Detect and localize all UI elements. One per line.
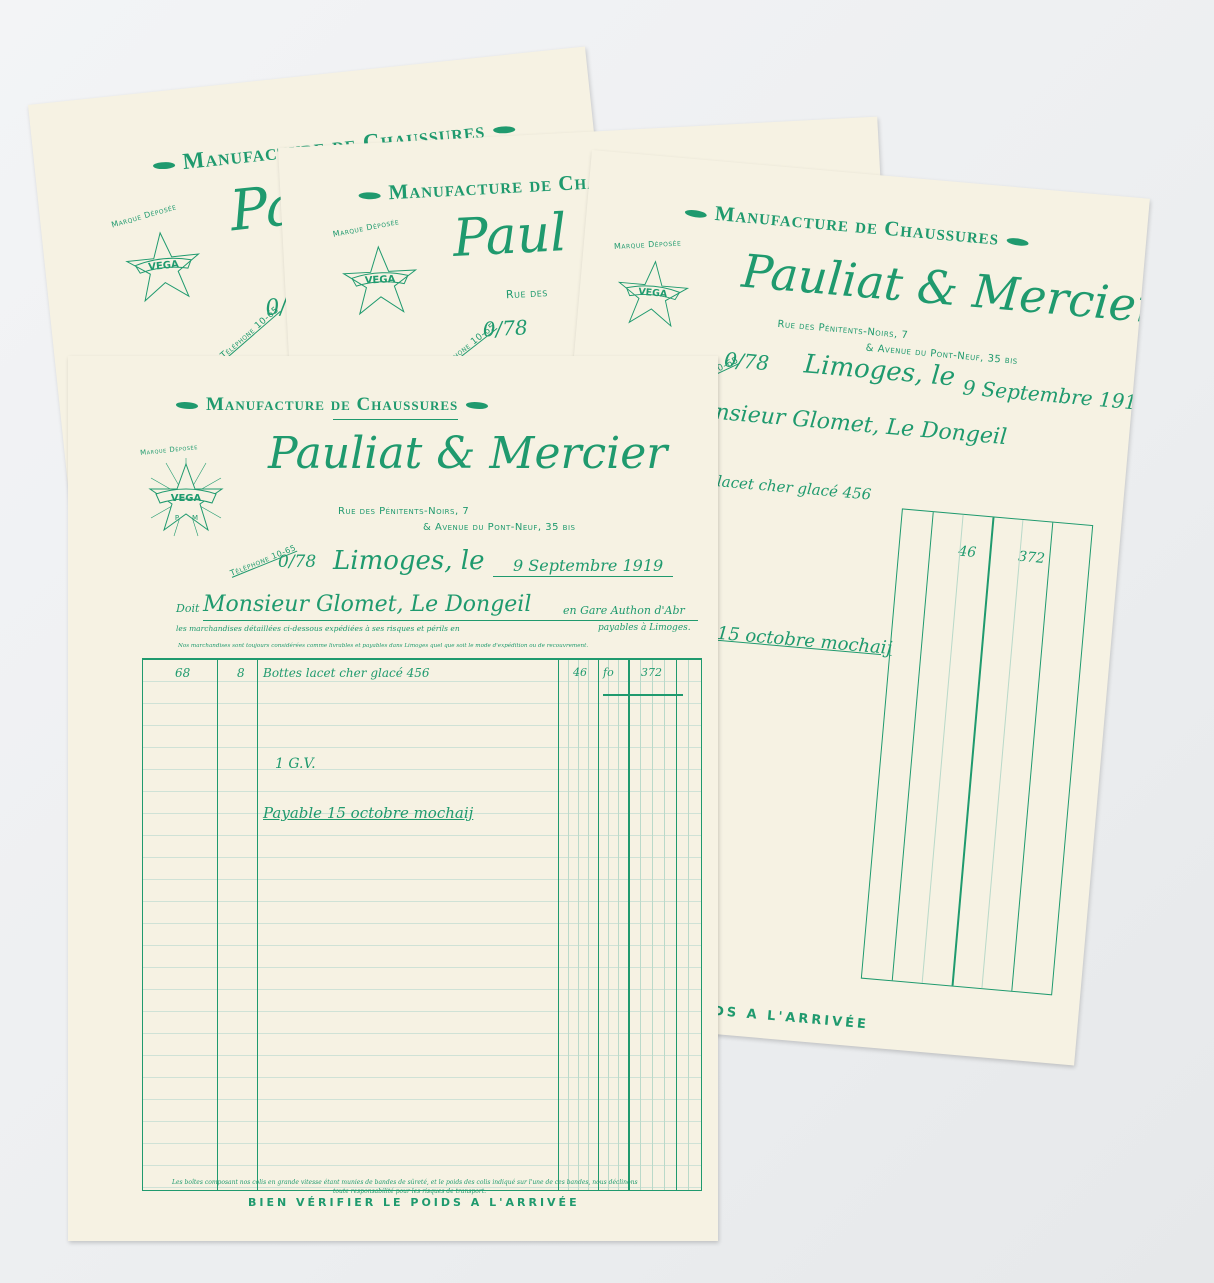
- invoice-date: 9 Septembre 1919: [513, 556, 663, 575]
- invoice-reference: 0/78: [482, 315, 528, 341]
- footer-warning: BIEN VÉRIFIER LE POIDS A L'ARRIVÉE: [248, 1196, 580, 1209]
- trademark-label: Marque Déposée: [614, 238, 682, 251]
- vega-star-logo-icon: VEGA: [612, 253, 694, 335]
- line-item-unit-price: 46: [573, 666, 587, 679]
- leaf-ornament-icon: [358, 191, 380, 199]
- invoice-reference: 0/78: [723, 347, 770, 375]
- terms-payable: payables à Limoges.: [598, 623, 691, 633]
- leaf-ornament-icon: [153, 161, 176, 170]
- address-line-1: Rue des Pénitents-Noirs, 7: [338, 506, 469, 517]
- leaf-ornament-icon: [466, 402, 488, 409]
- customer-underline: [203, 620, 698, 621]
- vega-star-logo-icon: VEGA: [338, 239, 422, 323]
- line-item-description: Bottes lacet cher glacé 456: [263, 666, 430, 680]
- notice-line: Nos marchandises sont toujours considéré…: [178, 643, 588, 649]
- date-underline: [493, 576, 673, 577]
- svg-text:VEGA: VEGA: [638, 286, 668, 300]
- doit-label: Doit: [176, 602, 199, 615]
- footer-note-line-2: toute responsabilité pour les risques de…: [333, 1188, 486, 1195]
- svg-text:M: M: [192, 514, 198, 522]
- invoice-grid: [861, 508, 1093, 995]
- line-item-folio: fo: [603, 666, 614, 679]
- line-item-ref: 68: [175, 666, 190, 680]
- line-item-total: 372: [641, 666, 662, 679]
- leaf-ornament-icon: [1007, 237, 1030, 246]
- trademark-label: Marque Déposée: [332, 217, 400, 239]
- customer-name: Monsieur Glomet, Le Dongeil: [679, 397, 1008, 451]
- leaf-ornament-icon: [493, 125, 516, 134]
- letterhead-title: Manufacture de Chaussures: [676, 198, 1038, 254]
- shipping-annotation: 1 G.V.: [275, 756, 316, 772]
- terms-line: les marchandises détaillées ci-dessous e…: [176, 624, 460, 633]
- city-prefix: Limoges, le: [333, 546, 485, 576]
- vega-star-logo-icon: VEGA: [120, 223, 208, 311]
- leaf-ornament-icon: [685, 209, 708, 218]
- address-fragment: Rue des: [506, 286, 548, 301]
- invoice-sheet-front: Manufacture de Chaussures Marque Déposée…: [68, 356, 718, 1241]
- payment-annotation: Payable 15 octobre mochaij: [263, 804, 473, 822]
- customer-name: Monsieur Glomet, Le Dongeil: [203, 592, 531, 617]
- destination: en Gare Authon d'Abr: [563, 604, 685, 617]
- trademark-label: Marque Déposée: [140, 443, 198, 457]
- company-name-fragment: Paul: [451, 203, 568, 269]
- leaf-ornament-icon: [176, 402, 198, 409]
- invoice-date: 9 Septembre 1919: [962, 375, 1150, 415]
- footer-note-line-1: Les boîtes composant nos colis en grande…: [172, 1179, 638, 1186]
- vega-star-logo-icon: VEGA P M: [146, 458, 226, 538]
- line-item-qty: 8: [237, 666, 245, 680]
- total-underline: [603, 694, 683, 696]
- svg-text:VEGA: VEGA: [171, 493, 202, 504]
- letterhead-title: Manufacture de Chaussures: [168, 394, 496, 416]
- company-name: Pauliat & Mercier: [268, 428, 667, 479]
- invoice-table: 68 8 Bottes lacet cher glacé 456 46 fo 3…: [142, 658, 702, 1191]
- address-line-1: Rue des Pénitents-Noirs, 7: [777, 319, 909, 341]
- svg-text:VEGA: VEGA: [365, 274, 396, 287]
- invoice-reference: 0/78: [278, 552, 316, 572]
- address-line-2: & Avenue du Pont-Neuf, 35 bis: [423, 522, 575, 533]
- title-underline: [333, 419, 458, 420]
- svg-text:P: P: [175, 514, 179, 522]
- svg-text:VEGA: VEGA: [148, 259, 180, 273]
